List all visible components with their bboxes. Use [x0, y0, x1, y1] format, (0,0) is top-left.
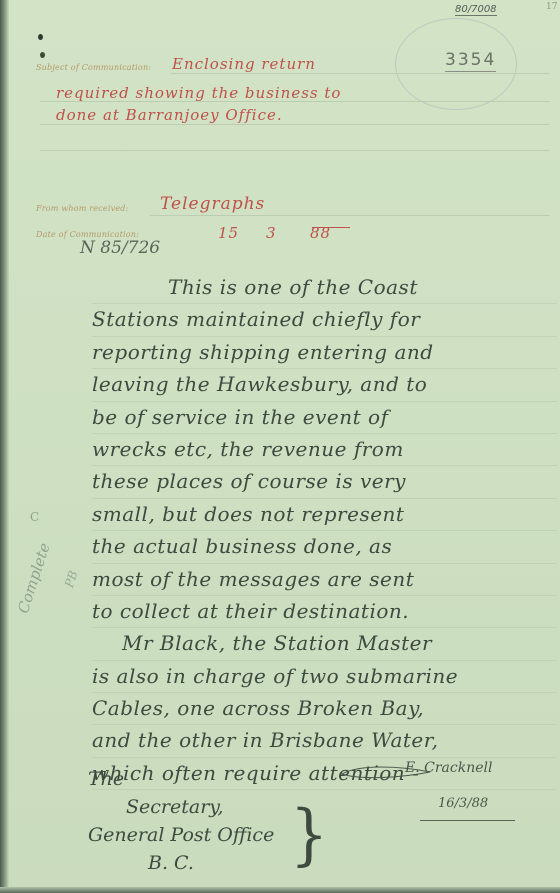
- file-number: 80/7008: [455, 4, 497, 16]
- body-line: the actual business done, as: [92, 531, 557, 563]
- address-brace: }: [290, 797, 328, 874]
- margin-note: Complete: [14, 541, 54, 616]
- form-rule: [170, 73, 550, 74]
- form-rule: [40, 150, 550, 151]
- date-day: 15: [218, 224, 239, 242]
- subject-value-line-2: required showing the business to: [56, 84, 341, 102]
- signature-name: E. Cracknell: [405, 760, 492, 776]
- from-value: Telegraphs: [160, 194, 265, 214]
- body-line: Stations maintained chiefly for: [92, 304, 557, 336]
- address-line: Secretary,: [88, 793, 274, 821]
- body-line: and the other in Brisbane Water,: [92, 725, 557, 757]
- date-month: 3: [266, 224, 277, 242]
- margin-mark: C: [30, 510, 39, 524]
- signature-underline: [420, 820, 515, 821]
- address-line: The: [88, 765, 274, 793]
- body-line: Cables, one across Broken Bay,: [92, 693, 557, 725]
- body-line: most of the messages are sent: [92, 564, 557, 596]
- address-block: The Secretary, General Post Office B. C.: [88, 765, 274, 877]
- page-bottom-edge: [0, 887, 560, 893]
- document-page: 17 80/7008 3354 Subject of Communication…: [0, 0, 560, 893]
- stamp-number: 3354: [445, 50, 496, 72]
- page-binding-edge: [0, 0, 9, 893]
- body-line: Mr Black, the Station Master: [92, 628, 557, 660]
- punch-hole-mark: [38, 34, 43, 40]
- subject-label: Subject of Communication:: [36, 63, 151, 72]
- body-line: reporting shipping entering and: [92, 337, 557, 369]
- corner-folio-mark: 17: [546, 2, 557, 12]
- body-line: to collect at their destination.: [92, 596, 557, 628]
- body-line: these places of course is very: [92, 466, 557, 498]
- date-year-underline: [312, 227, 350, 228]
- body-line: This is one of the Coast: [92, 272, 557, 304]
- address-line: General Post Office: [88, 821, 274, 849]
- reference-number: N 85/726: [80, 238, 160, 258]
- body-line: leaving the Hawkesbury, and to: [92, 369, 557, 401]
- punch-hole-mark: [40, 52, 45, 58]
- letter-body: This is one of the Coast Stations mainta…: [92, 272, 557, 790]
- body-line: wrecks etc, the revenue from: [92, 434, 557, 466]
- margin-note-initials: PB: [62, 569, 81, 589]
- form-rule: [150, 215, 550, 216]
- form-rule: [40, 101, 550, 102]
- signature-date: 16/3/88: [438, 796, 488, 811]
- body-line: be of service in the event of: [92, 402, 557, 434]
- subject-value-line-1: Enclosing return: [172, 55, 316, 73]
- body-line: small, but does not represent: [92, 499, 557, 531]
- from-label: From whom received:: [36, 204, 128, 213]
- form-rule: [40, 124, 550, 125]
- body-line: is also in charge of two submarine: [92, 661, 557, 693]
- address-line: B. C.: [88, 849, 274, 877]
- subject-value-line-3: done at Barranjoey Office.: [56, 106, 283, 124]
